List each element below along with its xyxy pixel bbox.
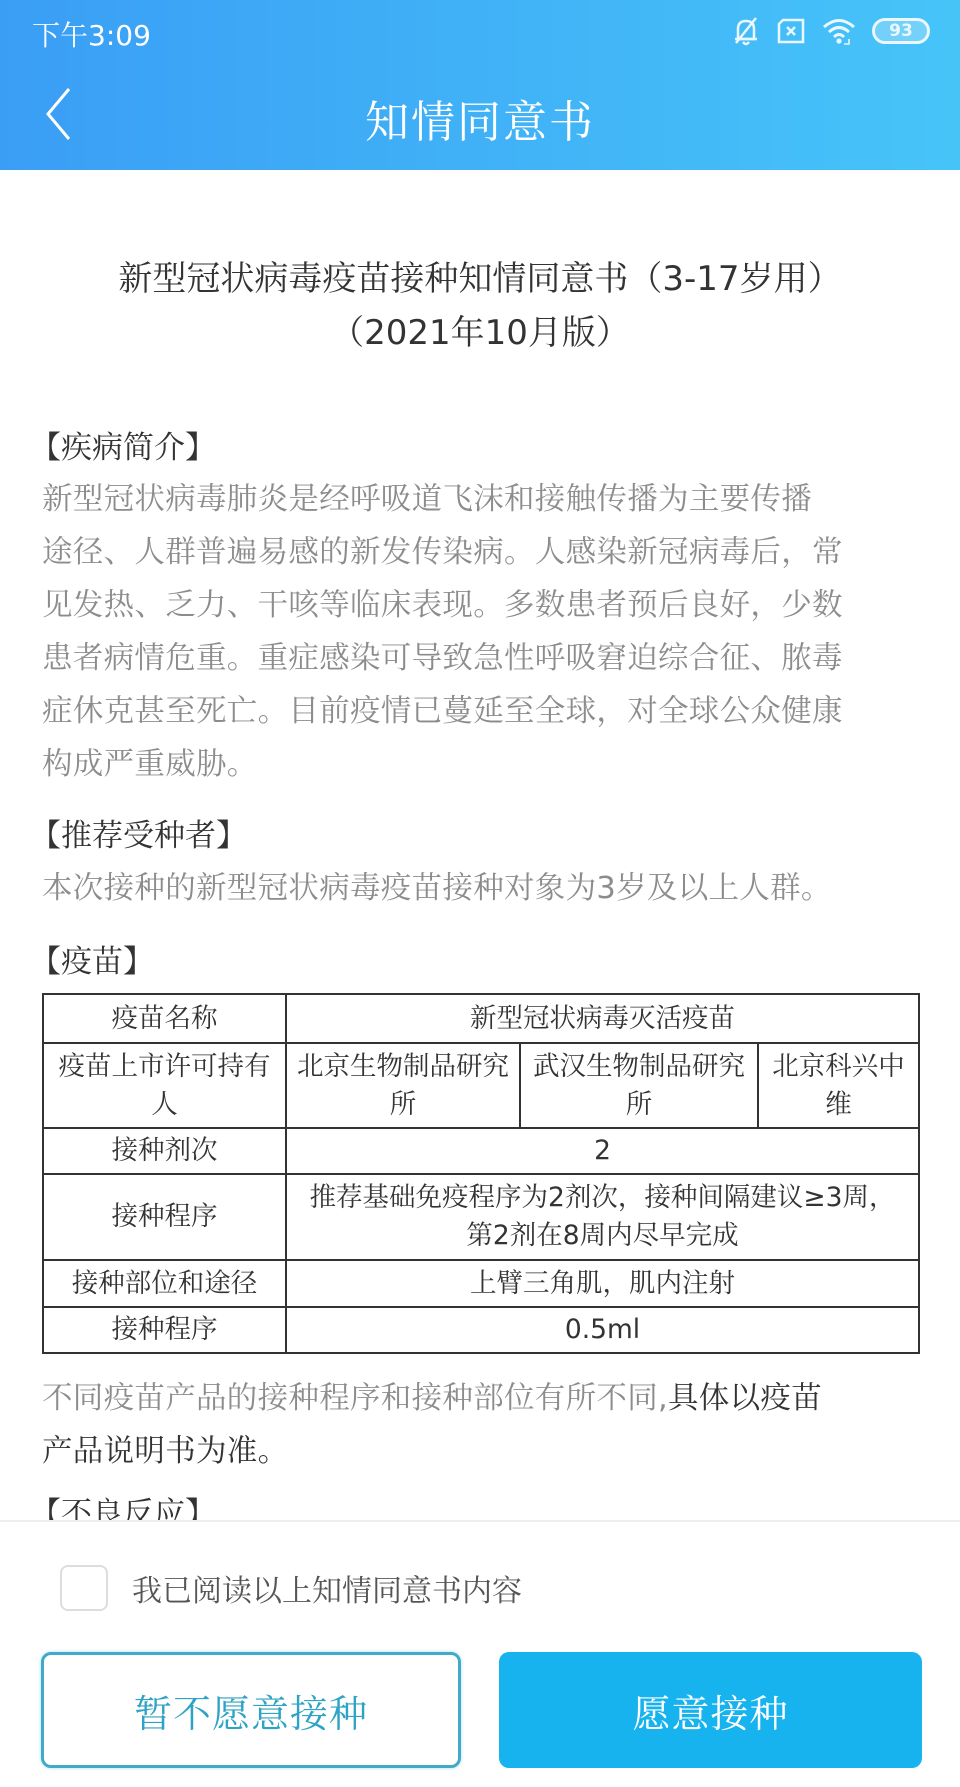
agree-checkbox[interactable] [60, 1565, 108, 1611]
table-label-cell: 接种剂次 [43, 1128, 286, 1174]
disease-intro-text: 新型冠状病毒肺炎是经呼吸道飞沫和接触传播为主要传播 途径、人群普遍易感的新发传染… [42, 473, 922, 791]
section-heading-vaccine: 【疫苗】 [30, 942, 154, 982]
table-value-cell: 推荐基础免疫程序为2剂次，接种间隔建议≥3周， 第2剂在8周内尽早完成 [286, 1174, 919, 1260]
table-label-cell: 接种部位和途径 [43, 1260, 286, 1307]
section-heading-disease-intro: 【疾病简介】 [30, 428, 216, 468]
nav-bar: 知情同意书 [0, 62, 960, 170]
page-title: 知情同意书 [0, 86, 960, 150]
table-value-cell: 新型冠状病毒灭活疫苗 [286, 994, 919, 1043]
text-line: 构成严重威胁。 [42, 738, 922, 791]
note-dark-text: 具体以疫苗 [668, 1381, 822, 1416]
table-label-cell: 疫苗名称 [43, 994, 286, 1043]
text-line: 见发热、乏力、干咳等临床表现。多数患者预后良好，少数 [42, 579, 922, 632]
accept-button[interactable]: 愿意接种 [499, 1652, 922, 1768]
battery-icon: 93 [872, 18, 930, 44]
document-title: 新型冠状病毒疫苗接种知情同意书（3-17岁用） （2021年10月版） [0, 252, 960, 360]
status-bar: 下午3:09 [0, 0, 960, 62]
section-heading-recipients: 【推荐受种者】 [30, 816, 247, 856]
text-line: 新型冠状病毒肺炎是经呼吸道飞沫和接触传播为主要传播 [42, 473, 922, 526]
decline-button[interactable]: 暂不愿意接种 [41, 1652, 461, 1768]
table-value-cell: 武汉生物制品研究所 [520, 1043, 758, 1128]
table-value-cell: 0.5ml [286, 1307, 919, 1353]
table-value-cell: 北京科兴中维 [758, 1043, 919, 1128]
status-time: 下午3:09 [32, 14, 151, 54]
document-title-line1: 新型冠状病毒疫苗接种知情同意书（3-17岁用） [0, 252, 960, 306]
table-value-cell: 2 [286, 1128, 919, 1174]
document-scroll-area[interactable]: 新型冠状病毒疫苗接种知情同意书（3-17岁用） （2021年10月版） 【疾病简… [0, 170, 960, 1520]
sim-card-none-icon [776, 18, 806, 44]
table-value-line: 第2剂在8周内尽早完成 [289, 1217, 916, 1255]
table-label-cell: 接种程序 [43, 1174, 286, 1260]
footer-actions: 我已阅读以上知情同意书内容 暂不愿意接种 愿意接种 [0, 1520, 960, 1787]
consent-form-screen: 下午3:09 [0, 0, 960, 1787]
notifications-off-icon [732, 15, 760, 47]
table-value-line: 推荐基础免疫程序为2剂次，接种间隔建议≥3周， [289, 1179, 916, 1217]
text-line: 本次接种的新型冠状病毒疫苗接种对象为3岁及以上人群。 [42, 862, 922, 915]
table-label-cell: 疫苗上市许可持有人 [43, 1043, 286, 1128]
text-line: 症休克甚至死亡。目前疫情已蔓延至全球，对全球公众健康 [42, 685, 922, 738]
document-title-line2: （2021年10月版） [0, 306, 960, 360]
table-row: 疫苗名称 新型冠状病毒灭活疫苗 [43, 994, 919, 1043]
top-bar: 下午3:09 [0, 0, 960, 170]
table-row: 接种部位和途径 上臂三角肌，肌内注射 [43, 1260, 919, 1307]
text-line: 不同疫苗产品的接种程序和接种部位有所不同,具体以疫苗 [42, 1372, 922, 1425]
wifi-icon [822, 17, 856, 45]
status-icons: 93 [732, 14, 930, 48]
table-row: 接种剂次 2 [43, 1128, 919, 1174]
table-label-cell: 接种程序 [43, 1307, 286, 1353]
text-line: 途径、人群普遍易感的新发传染病。人感染新冠病毒后，常 [42, 526, 922, 579]
vaccine-table: 疫苗名称 新型冠状病毒灭活疫苗 疫苗上市许可持有人 北京生物制品研究所 武汉生物… [42, 993, 920, 1354]
note-gray-text: 不同疫苗产品的接种程序和接种部位有所不同, [42, 1381, 668, 1416]
vaccine-note: 不同疫苗产品的接种程序和接种部位有所不同,具体以疫苗 产品说明书为准。 [42, 1372, 922, 1478]
agree-checkbox-row[interactable]: 我已阅读以上知情同意书内容 [60, 1564, 522, 1612]
text-line: 产品说明书为准。 [42, 1425, 922, 1478]
text-line: 患者病情危重。重症感染可导致急性呼吸窘迫综合征、脓毒 [42, 632, 922, 685]
table-value-cell: 北京生物制品研究所 [286, 1043, 520, 1128]
section-heading-adverse-reactions: 【不良反应】 [30, 1494, 216, 1520]
table-row: 接种程序 0.5ml [43, 1307, 919, 1353]
agree-label: 我已阅读以上知情同意书内容 [132, 1566, 522, 1610]
recipients-text: 本次接种的新型冠状病毒疫苗接种对象为3岁及以上人群。 [42, 862, 922, 915]
table-value-cell: 上臂三角肌，肌内注射 [286, 1260, 919, 1307]
table-row: 接种程序 推荐基础免疫程序为2剂次，接种间隔建议≥3周， 第2剂在8周内尽早完成 [43, 1174, 919, 1260]
table-row: 疫苗上市许可持有人 北京生物制品研究所 武汉生物制品研究所 北京科兴中维 [43, 1043, 919, 1128]
